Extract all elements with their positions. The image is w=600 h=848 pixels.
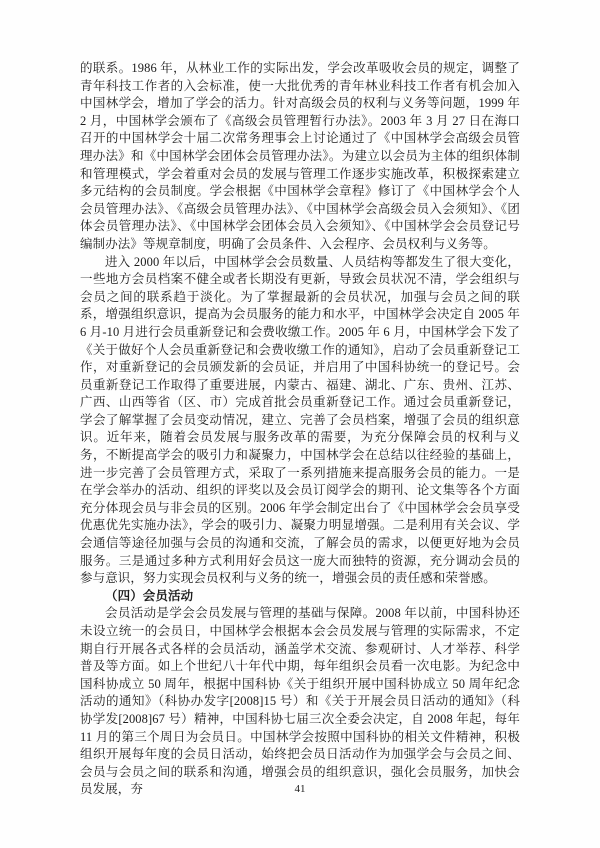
paragraph-member-reregistration: 进入 2000 年以后，中国林学会会员数量、人员结构等都发生了很大变化，一些地方… [80, 254, 520, 588]
paragraph-membership-regulations: 的联系。1986 年，从林业工作的实际出发，学会改革吸收会员的规定，调整了青年科… [80, 60, 520, 254]
text-block: 的联系。1986 年，从林业工作的实际出发，学会改革吸收会员的规定，调整了青年科… [80, 60, 520, 799]
paragraph-member-activities: 会员活动是学会会员发展与管理的基础与保障。2008 年以前，中国科协还未设立统一… [80, 605, 520, 799]
document-page: 的联系。1986 年，从林业工作的实际出发，学会改革吸收会员的规定，调整了青年科… [0, 0, 600, 848]
page-number: 41 [0, 782, 600, 796]
section-heading-member-activities: （四）会员活动 [80, 588, 520, 606]
